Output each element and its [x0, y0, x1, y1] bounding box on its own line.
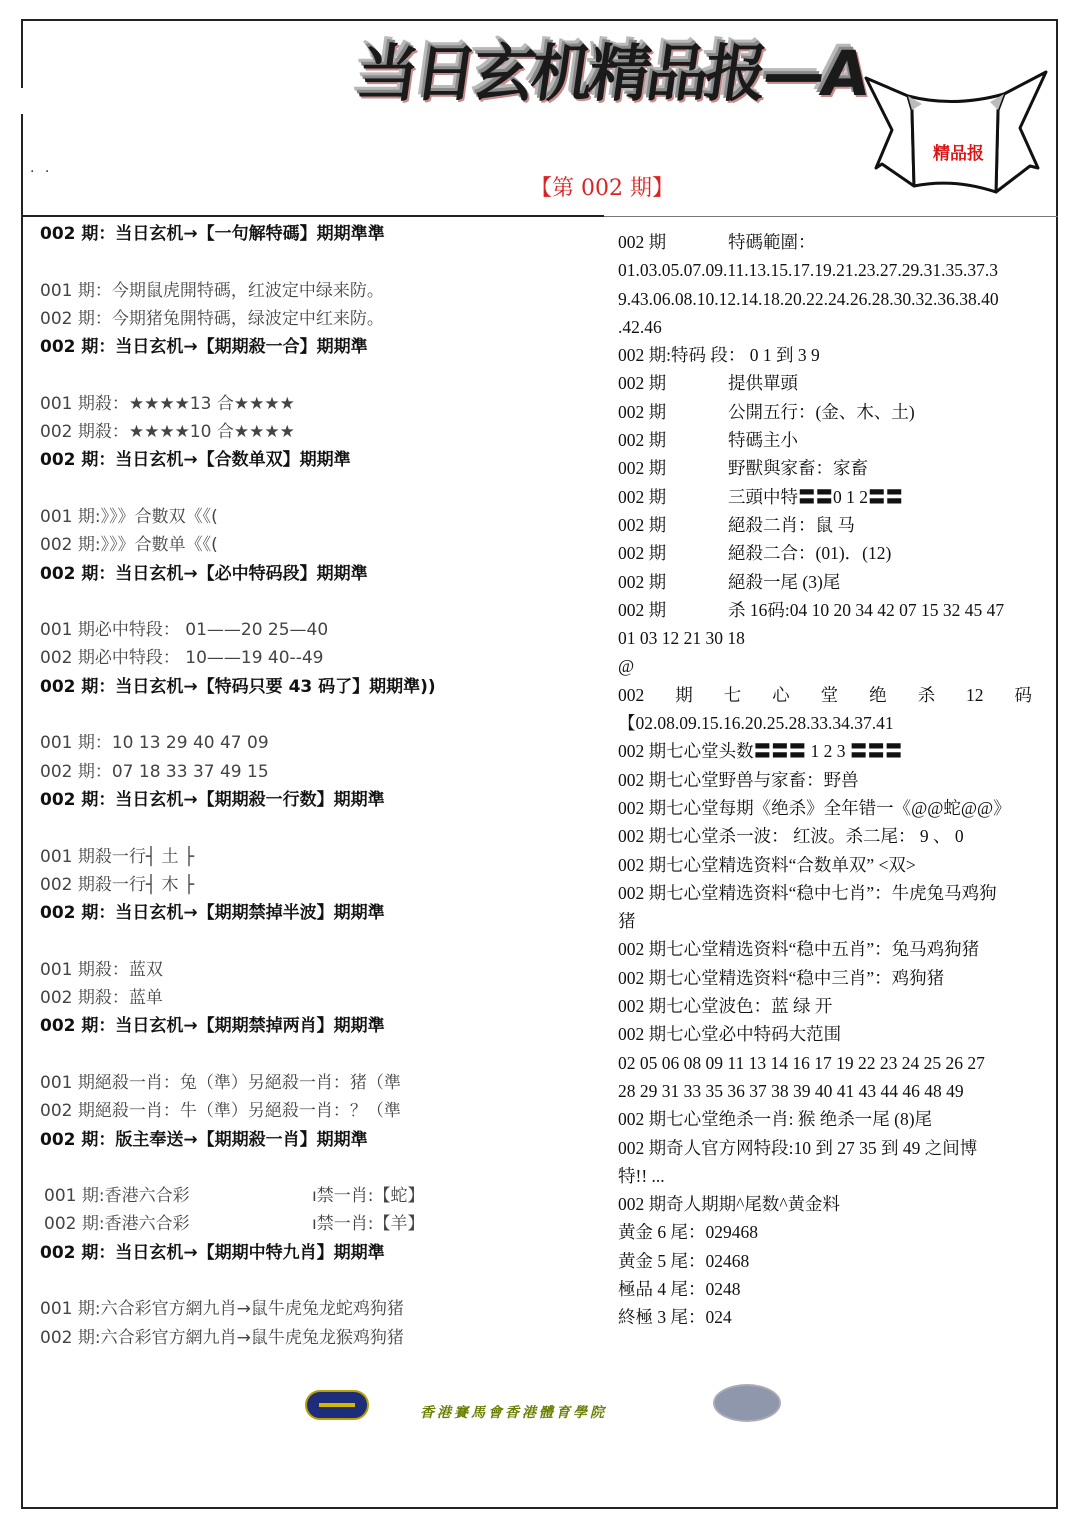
line-text: 001 期絕殺一肖：兔（準）另絕殺一肖：猪（準: [40, 1073, 401, 1093]
info-line: 002 期特碼範圍：: [618, 228, 1038, 256]
info-line: 極品 4 尾：0248: [618, 1275, 1038, 1303]
record-line: 002 期絕殺一肖：牛（準）另絕殺一肖：？（準: [40, 1097, 600, 1125]
footer-text: 香港賽馬會香港體育學院: [420, 1402, 607, 1422]
line-text: 002 期奇人官方网特段:10 到 27 35 到 49 之间博: [618, 1138, 977, 1158]
info-line: 28 29 31 33 35 36 37 38 39 40 41 43 44 4…: [618, 1077, 1038, 1105]
issue-label: 002 期: [618, 483, 728, 511]
line-text: 特碼主小: [728, 430, 798, 450]
spacer: [40, 701, 600, 729]
headline-line: 002 期：当日玄机→【必中特码段】期期準: [40, 560, 600, 588]
forbidden-zodiac: ı禁一肖:【蛇】: [312, 1182, 424, 1210]
line-text: 002 期七心堂精选资料“稳中三肖”：鸡狗猪: [618, 968, 944, 988]
line-text: 002 期七心堂头数〓〓〓 1 2 3 〓〓〓: [618, 741, 902, 761]
info-line: 002 期七心堂杀一波： 红波。杀二尾： 9 、 0: [618, 822, 1038, 850]
horse-emblem-icon: [713, 1384, 781, 1422]
record-line: 002 期殺：★★★★10 合★★★★: [40, 418, 600, 446]
scroll-banner-icon: [862, 68, 1050, 196]
line-text: 002 期七心堂精选资料“合数单双” <双>: [618, 855, 916, 875]
line-text: 002 期七心堂杀一波： 红波。杀二尾： 9 、 0: [618, 826, 964, 846]
issue-label: 002 期: [618, 596, 728, 624]
headline-line: 002 期：当日玄机→【一句解特碼】期期準準: [40, 220, 600, 248]
line-text: 001 期:香港六合彩: [44, 1186, 190, 1206]
banner-label: 精品报: [933, 139, 984, 164]
spacer: [40, 361, 600, 389]
record-line: 002 期殺：蓝单: [40, 984, 600, 1012]
headline-line: 002 期：当日玄机→【期期中特九肖】期期準: [40, 1239, 600, 1267]
info-line: 002 期特碼主小: [618, 426, 1038, 454]
line-text: 【02.08.09.15.16.20.25.28.33.34.37.41: [618, 713, 894, 733]
line-text: 002 期:香港六合彩: [44, 1214, 190, 1234]
info-line: 9.43.06.08.10.12.14.18.20.22.24.26.28.30…: [618, 285, 1038, 313]
record-line: 002 期：07 18 33 37 49 15: [40, 758, 600, 786]
header-dots: . .: [30, 160, 52, 176]
line-text: 002 期七心堂波色：蓝 绿 开: [618, 996, 832, 1016]
line-text: 黄金 6 尾：029468: [618, 1222, 758, 1242]
record-line: 001 期必中特段： 01——20 25—40: [40, 616, 600, 644]
line-text: 01 03 12 21 30 18: [618, 628, 745, 648]
info-line: 002 期七心堂绝杀一肖: 猴 绝杀一尾 (8)尾: [618, 1105, 1038, 1133]
line-text: 002 期殺：蓝单: [40, 988, 163, 1008]
info-line: 002 期七心堂野兽与家畜：野兽: [618, 766, 1038, 794]
line-text: 野獸與家畜：家畜: [728, 458, 868, 478]
line-text: 28 29 31 33 35 36 37 38 39 40 41 43 44 4…: [618, 1081, 964, 1101]
info-line: 002 期奇人官方网特段:10 到 27 35 到 49 之间博: [618, 1134, 1038, 1162]
headline-line: 002 期：当日玄机→【期期殺一行数】期期準: [40, 786, 600, 814]
spread-word: 002: [618, 681, 644, 709]
line-text: 002 期必中特段： 10——19 40--49: [40, 648, 323, 668]
record-line: 002 期必中特段： 10——19 40--49: [40, 644, 600, 672]
record-line: 002 期:六合彩官方網九肖→鼠牛虎兔龙猴鸡狗猪: [40, 1324, 600, 1352]
info-line: 002 期七心堂头数〓〓〓 1 2 3 〓〓〓: [618, 737, 1038, 765]
line-text: 特!! ...: [618, 1166, 665, 1186]
info-line: 【02.08.09.15.16.20.25.28.33.34.37.41: [618, 709, 1038, 737]
spread-word: 绝: [869, 681, 887, 709]
line-text: 002 期七心堂必中特码大范围: [618, 1024, 841, 1044]
info-line: 002 期奇人期期^尾数^黄金料: [618, 1190, 1038, 1218]
line-text: 001 期殺：★★★★13 合★★★★: [40, 394, 295, 414]
info-line: @: [618, 652, 1038, 680]
info-line: 黄金 5 尾：02468: [618, 1247, 1038, 1275]
line-text: 猪: [618, 911, 636, 931]
headline-line: 002 期：当日玄机→【合数单双】期期準: [40, 446, 600, 474]
info-line: .42.46: [618, 313, 1038, 341]
headline-line: 002 期：当日玄机→【期期禁掉半波】期期準: [40, 899, 600, 927]
hkjc-emblem-icon: [305, 1390, 369, 1420]
line-text: 極品 4 尾：0248: [618, 1279, 741, 1299]
right-column: 002 期特碼範圍：01.03.05.07.09.11.13.15.17.19.…: [618, 228, 1038, 1332]
line-text: 002 期：当日玄机→【期期禁掉半波】期期準: [40, 903, 385, 923]
info-line: 終極 3 尾：024: [618, 1303, 1038, 1331]
record-line: 002 期：今期猪兔開特碼，绿波定中红来防。: [40, 305, 600, 333]
info-line: 002 期絕殺二合：(01)．(12): [618, 539, 1038, 567]
issue-label: 002 期: [618, 539, 728, 567]
record-line: 001 期:六合彩官方網九肖→鼠牛虎兔龙蛇鸡狗猪: [40, 1295, 600, 1323]
headline-line: 002 期：当日玄机→【期期禁掉两肖】期期準: [40, 1012, 600, 1040]
record-line: 001 期：今期鼠虎開特碼，红波定中绿来防。: [40, 277, 600, 305]
line-text: 002 期殺：★★★★10 合★★★★: [40, 422, 295, 442]
info-line: 002 期七心堂每期《绝杀》全年错一《@@蛇@@》: [618, 794, 1038, 822]
spread-word: 杀: [918, 681, 936, 709]
line-text: 002 期：当日玄机→【一句解特碼】期期準準: [40, 224, 385, 244]
line-text: 002 期七心堂野兽与家畜：野兽: [618, 770, 859, 790]
line-text: 杀 16码:04 10 20 34 42 07 15 32 45 47: [728, 600, 1004, 620]
spacer: [40, 927, 600, 955]
spacer: [40, 588, 600, 616]
spacer: [40, 1267, 600, 1295]
line-text: 002 期:》》》合數单《《(: [40, 535, 218, 555]
line-text: 001 期：10 13 29 40 47 09: [40, 733, 269, 753]
line-text: 001 期:六合彩官方網九肖→鼠牛虎兔龙蛇鸡狗猪: [40, 1299, 404, 1319]
record-line: 001 期:》》》合數双《《(: [40, 503, 600, 531]
issue-label: 002 期: [618, 228, 728, 256]
line-text: 001 期必中特段： 01——20 25—40: [40, 620, 328, 640]
line-text: 9.43.06.08.10.12.14.18.20.22.24.26.28.30…: [618, 289, 999, 309]
forbidden-zodiac: ı禁一肖:【羊】: [312, 1210, 424, 1238]
page-title: 当日玄机精品报—A: [352, 24, 872, 113]
line-text: 002 期七心堂绝杀一肖: 猴 绝杀一尾 (8)尾: [618, 1109, 932, 1129]
record-line: 002 期:香港六合彩ı禁一肖:【羊】: [40, 1210, 600, 1238]
spacer: [40, 1154, 600, 1182]
info-line: 002 期提供單頭: [618, 369, 1038, 397]
record-line: 002 期:》》》合數单《《(: [40, 531, 600, 559]
spread-word: 堂: [821, 681, 839, 709]
info-line: 002 期野獸與家畜：家畜: [618, 454, 1038, 482]
line-text: 002 期殺一行┤ 木 ├: [40, 875, 194, 895]
line-text: 002 期：07 18 33 37 49 15: [40, 762, 269, 782]
info-line: 002 期七心堂波色：蓝 绿 开: [618, 992, 1038, 1020]
line-text: 終極 3 尾：024: [618, 1307, 732, 1327]
line-text: 002 期七心堂精选资料“稳中七肖”：牛虎兔马鸡狗: [618, 883, 997, 903]
info-line: 猪: [618, 907, 1038, 935]
info-line: 002 期七心堂必中特码大范围: [618, 1020, 1038, 1048]
line-text: 002 期:特码 段： 0 1 到 3 9: [618, 345, 820, 365]
info-line: 特!! ...: [618, 1162, 1038, 1190]
info-line: 002 期七心堂精选资料“合数单双” <双>: [618, 851, 1038, 879]
left-column: 002 期：当日玄机→【一句解特碼】期期準準001 期：今期鼠虎開特碼，红波定中…: [40, 220, 600, 1352]
line-text: 001 期殺一行┤ 土 ├: [40, 847, 194, 867]
info-line: 黄金 6 尾：029468: [618, 1218, 1038, 1246]
info-line: 002 期七心堂精选资料“稳中五肖”：兔马鸡狗猪: [618, 935, 1038, 963]
line-text: 三頭中特〓〓0 1 2〓〓: [728, 487, 903, 507]
line-text: 公開五行：(金、木、土): [728, 402, 915, 422]
line-text: 絕殺二合：(01)．(12): [728, 543, 891, 563]
line-text: 001 期殺：蓝双: [40, 960, 163, 980]
spacer: [40, 475, 600, 503]
line-text: 002 期：当日玄机→【期期禁掉两肖】期期準: [40, 1016, 385, 1036]
line-text: 002 期奇人期期^尾数^黄金料: [618, 1194, 840, 1214]
spacer: [40, 1041, 600, 1069]
record-line: 001 期殺：★★★★13 合★★★★: [40, 390, 600, 418]
line-text: 特碼範圍：: [728, 232, 816, 252]
spread-word: 心: [772, 681, 790, 709]
info-line: 002 期三頭中特〓〓0 1 2〓〓: [618, 483, 1038, 511]
info-line: 002 期:特码 段： 0 1 到 3 9: [618, 341, 1038, 369]
issue-label: 002 期: [618, 568, 728, 596]
line-text: 001 期:》》》合數双《《(: [40, 507, 218, 527]
info-line: 02 05 06 08 09 11 13 14 16 17 19 22 23 2…: [618, 1049, 1038, 1077]
line-text: 002 期：版主奉送→【期期殺一肖】期期準: [40, 1130, 368, 1150]
line-text: 002 期絕殺一肖：牛（準）另絕殺一肖：？（準: [40, 1101, 401, 1121]
line-text: 002 期：当日玄机→【必中特码段】期期準: [40, 564, 368, 584]
issue-label: 002 期: [618, 369, 728, 397]
info-line: 01 03 12 21 30 18: [618, 624, 1038, 652]
record-line: 002 期殺一行┤ 木 ├: [40, 871, 600, 899]
line-text: 01.03.05.07.09.11.13.15.17.19.21.23.27.2…: [618, 260, 998, 280]
line-text: 002 期：当日玄机→【期期殺一行数】期期準: [40, 790, 385, 810]
record-line: 001 期殺一行┤ 土 ├: [40, 843, 600, 871]
record-line: 001 期殺：蓝双: [40, 956, 600, 984]
info-line: 002 期公開五行：(金、木、土): [618, 398, 1038, 426]
spacer: [40, 248, 600, 276]
line-text: 提供單頭: [728, 373, 798, 393]
issue-label: 002 期: [618, 398, 728, 426]
info-line: 002 期七心堂精选资料“稳中三肖”：鸡狗猪: [618, 964, 1038, 992]
line-text: 絕殺一尾 (3)尾: [728, 572, 840, 592]
spread-word: 期: [675, 681, 693, 709]
line-text: 002 期：当日玄机→【特码只要 43 码了】期期準)): [40, 677, 436, 697]
headline-line: 002 期：版主奉送→【期期殺一肖】期期準: [40, 1126, 600, 1154]
header-divider-right: [604, 216, 1058, 217]
line-text: 002 期七心堂精选资料“稳中五肖”：兔马鸡狗猪: [618, 939, 979, 959]
line-text: 002 期：当日玄机→【期期中特九肖】期期準: [40, 1243, 385, 1263]
info-line: 01.03.05.07.09.11.13.15.17.19.21.23.27.2…: [618, 256, 1038, 284]
line-text: 002 期：当日玄机→【合数单双】期期準: [40, 450, 351, 470]
record-line: 001 期:香港六合彩ı禁一肖:【蛇】: [40, 1182, 600, 1210]
line-text: .42.46: [618, 317, 662, 337]
issue-label: 002 期: [618, 426, 728, 454]
info-line: 002 期杀 16码:04 10 20 34 42 07 15 32 45 47: [618, 596, 1038, 624]
line-text: 002 期七心堂每期《绝杀》全年错一《@@蛇@@》: [618, 798, 1011, 818]
spread-word: 12: [966, 681, 984, 709]
info-line: 002 期七心堂精选资料“稳中七肖”：牛虎兔马鸡狗: [618, 879, 1038, 907]
line-text: 絕殺二肖：鼠 马: [728, 515, 855, 535]
border-gap: [18, 88, 26, 114]
info-line: 002 期絕殺一尾 (3)尾: [618, 568, 1038, 596]
line-text: 002 期：今期猪兔開特碼，绿波定中红来防。: [40, 309, 384, 329]
header-divider: [21, 215, 604, 217]
spread-word: 码: [1015, 681, 1033, 709]
line-text: 002 期：当日玄机→【期期殺一合】期期準: [40, 337, 368, 357]
headline-line: 002 期：当日玄机→【特码只要 43 码了】期期準)): [40, 673, 600, 701]
line-text: 黄金 5 尾：02468: [618, 1251, 749, 1271]
info-line: 002 期絕殺二肖：鼠 马: [618, 511, 1038, 539]
line-text: 001 期：今期鼠虎開特碼，红波定中绿来防。: [40, 281, 384, 301]
line-text: 002 期:六合彩官方網九肖→鼠牛虎兔龙猴鸡狗猪: [40, 1328, 404, 1348]
record-line: 001 期絕殺一肖：兔（準）另絕殺一肖：猪（準: [40, 1069, 600, 1097]
issue-number: 【第 002 期】: [530, 171, 674, 202]
issue-label: 002 期: [618, 511, 728, 539]
line-text: 02 05 06 08 09 11 13 14 16 17 19 22 23 2…: [618, 1053, 985, 1073]
line-text: @: [618, 656, 634, 676]
issue-label: 002 期: [618, 454, 728, 482]
record-line: 001 期：10 13 29 40 47 09: [40, 729, 600, 757]
spread-word: 七: [724, 681, 742, 709]
spacer: [40, 814, 600, 842]
info-line: 002期七心堂绝杀12码: [618, 681, 1032, 709]
headline-line: 002 期：当日玄机→【期期殺一合】期期準: [40, 333, 600, 361]
